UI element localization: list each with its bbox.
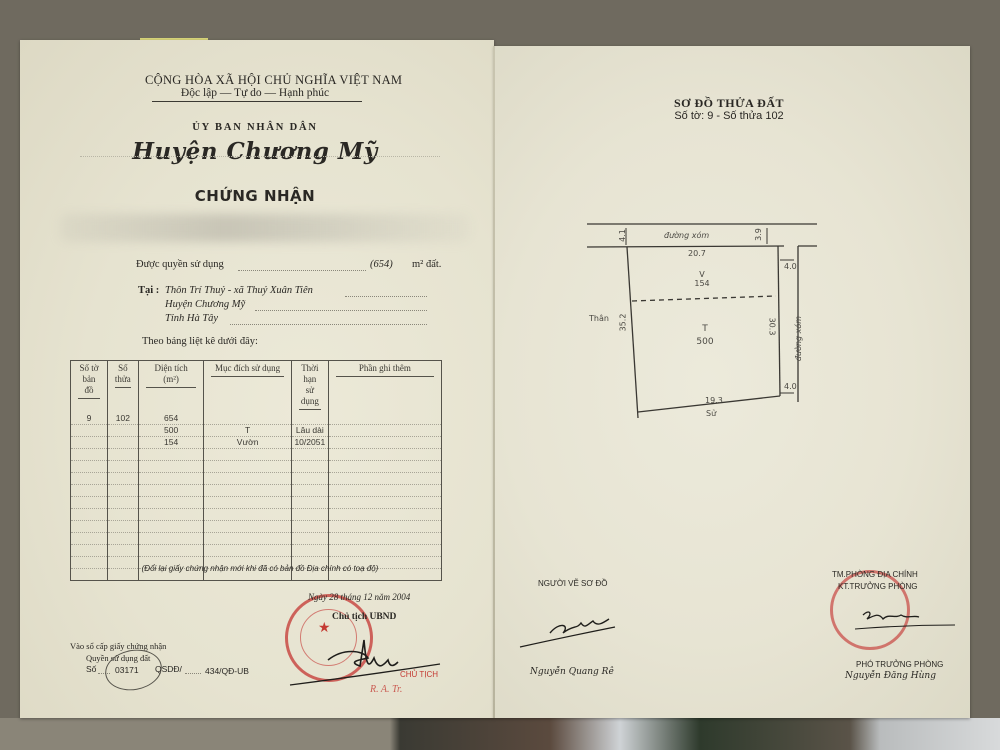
table-row-empty — [71, 521, 442, 533]
deputy-title: PHÓ TRƯỞNG PHÒNG — [856, 660, 943, 669]
right-road-width: 3.9 — [754, 228, 763, 241]
table-row-empty — [71, 545, 442, 557]
table-row-empty — [71, 533, 442, 545]
location-line-2: Huyện Chương Mỹ — [165, 299, 245, 310]
table-row: 154 Vườn 10/2051 — [71, 437, 442, 449]
deputy-name: Nguyễn Đăng Hùng — [845, 671, 936, 681]
area-unit: m² đất. — [412, 259, 441, 270]
table-row-empty — [71, 473, 442, 485]
table-header-row: Số tờ bản đồ Số thửa Diện tích (m²) Mục … — [71, 361, 442, 414]
upper-zone-code: V — [692, 270, 712, 279]
registry-number-label: Số — [86, 664, 96, 674]
table-footnote: (Đổi lại giấy chứng nhận mới khi đã có b… — [100, 564, 420, 573]
road-top-label: đường xóm — [664, 231, 709, 240]
lower-zone-area: 500 — [692, 337, 718, 347]
deputy-signature — [855, 605, 965, 635]
signer-title: Chủ tịch UBND — [332, 612, 396, 622]
district-name: Huyện Chương Mỹ — [120, 138, 390, 165]
certificate-title: CHỨNG NHẬN — [170, 187, 340, 205]
table-row-empty — [71, 461, 442, 473]
redacted-owner-name — [60, 214, 470, 242]
location-dotline-1 — [345, 296, 427, 297]
chairman-name-stamp: R. A. Tr. — [370, 684, 402, 695]
right-edge-length: 30.3 — [767, 318, 776, 336]
col-purpose: Mục đích sử dụng — [204, 361, 291, 414]
col-notes: Phần ghi thêm — [328, 361, 441, 414]
lower-zone-code: T — [695, 324, 715, 334]
location-line-1: Thôn Trí Thuỷ - xã Thuỷ Xuân Tiên — [165, 285, 313, 296]
col-area: Diện tích (m²) — [138, 361, 204, 414]
left-edge-length: 35.2 — [618, 314, 627, 332]
col-map-sheet: Số tờ bản đồ — [71, 361, 108, 414]
location-line-3: Tỉnh Hà Tây — [165, 313, 218, 324]
registry-dots-2 — [185, 673, 201, 674]
upper-zone-area: 154 — [690, 279, 714, 288]
col-parcel-no: Số thửa — [107, 361, 138, 414]
country-header: CỘNG HÒA XÃ HỘI CHỦ NGHĨA VIỆT NAM — [145, 73, 365, 88]
table-row: 9 102 654 — [71, 413, 442, 425]
page-fold — [493, 46, 495, 718]
table-row-empty — [71, 497, 442, 509]
issue-date: Ngày 28 tháng 12 năm 2004 — [308, 592, 410, 602]
usage-label: Được quyền sử dụng — [136, 259, 224, 270]
drawer-label: NGƯỜI VẼ SƠ ĐỒ — [538, 579, 607, 588]
location-label: Tại : — [138, 285, 159, 296]
table-row-empty — [71, 449, 442, 461]
location-dotline-2 — [255, 310, 427, 311]
list-intro: Theo bảng liệt kê dưới đây: — [142, 336, 258, 347]
motto: Độc lập — Tự do — Hạnh phúc — [145, 87, 365, 99]
bottom-gap: 4.0 — [784, 382, 797, 391]
table-row: 500 T Lâu dài — [71, 425, 442, 437]
registry-decision: 434/QĐ-UB — [205, 666, 249, 676]
usage-dotline — [238, 270, 366, 271]
drawer-signature — [515, 605, 625, 650]
district-dotline — [80, 156, 440, 157]
header-rule — [152, 101, 362, 102]
left-road-width: 4.1 — [618, 229, 627, 242]
stamp-caption: CHỦ TỊCH — [400, 670, 438, 679]
road-right-label: đường xóm — [794, 316, 803, 361]
right-gap: 4.0 — [784, 262, 797, 271]
table-row-empty — [71, 485, 442, 497]
col-duration: Thời hạn sử dụng — [291, 361, 328, 414]
location-dotline-3 — [230, 324, 427, 325]
top-edge-length: 20.7 — [688, 249, 706, 258]
office-line-2: KT.TRƯỞNG PHÒNG — [838, 582, 917, 591]
land-parcel-table: Số tờ bản đồ Số thửa Diện tích (m²) Mục … — [70, 360, 442, 581]
bottom-edge-length: 19.3 — [705, 396, 723, 405]
area-value: (654) — [370, 259, 393, 270]
drawer-name: Nguyễn Quang Rê — [530, 667, 614, 677]
map-title: SƠ ĐỒ THỬA ĐẤT — [644, 96, 814, 111]
west-neighbor: Thân — [589, 314, 609, 323]
map-subtitle: Số tờ: 9 - Số thửa 102 — [644, 110, 814, 122]
south-neighbor: Sử — [706, 409, 716, 418]
registry-line-1: Vào sổ cấp giấy chứng nhận — [70, 641, 166, 651]
table-row-empty — [71, 509, 442, 521]
chairman-signature — [288, 630, 448, 690]
authority-label: ỦY BAN NHÂN DÂN — [140, 122, 370, 133]
office-line-1: TM.PHÒNG ĐỊA CHÍNH — [832, 570, 918, 579]
registry-qsdd: QSDĐ/ — [155, 664, 182, 674]
background-surface — [0, 718, 1000, 750]
